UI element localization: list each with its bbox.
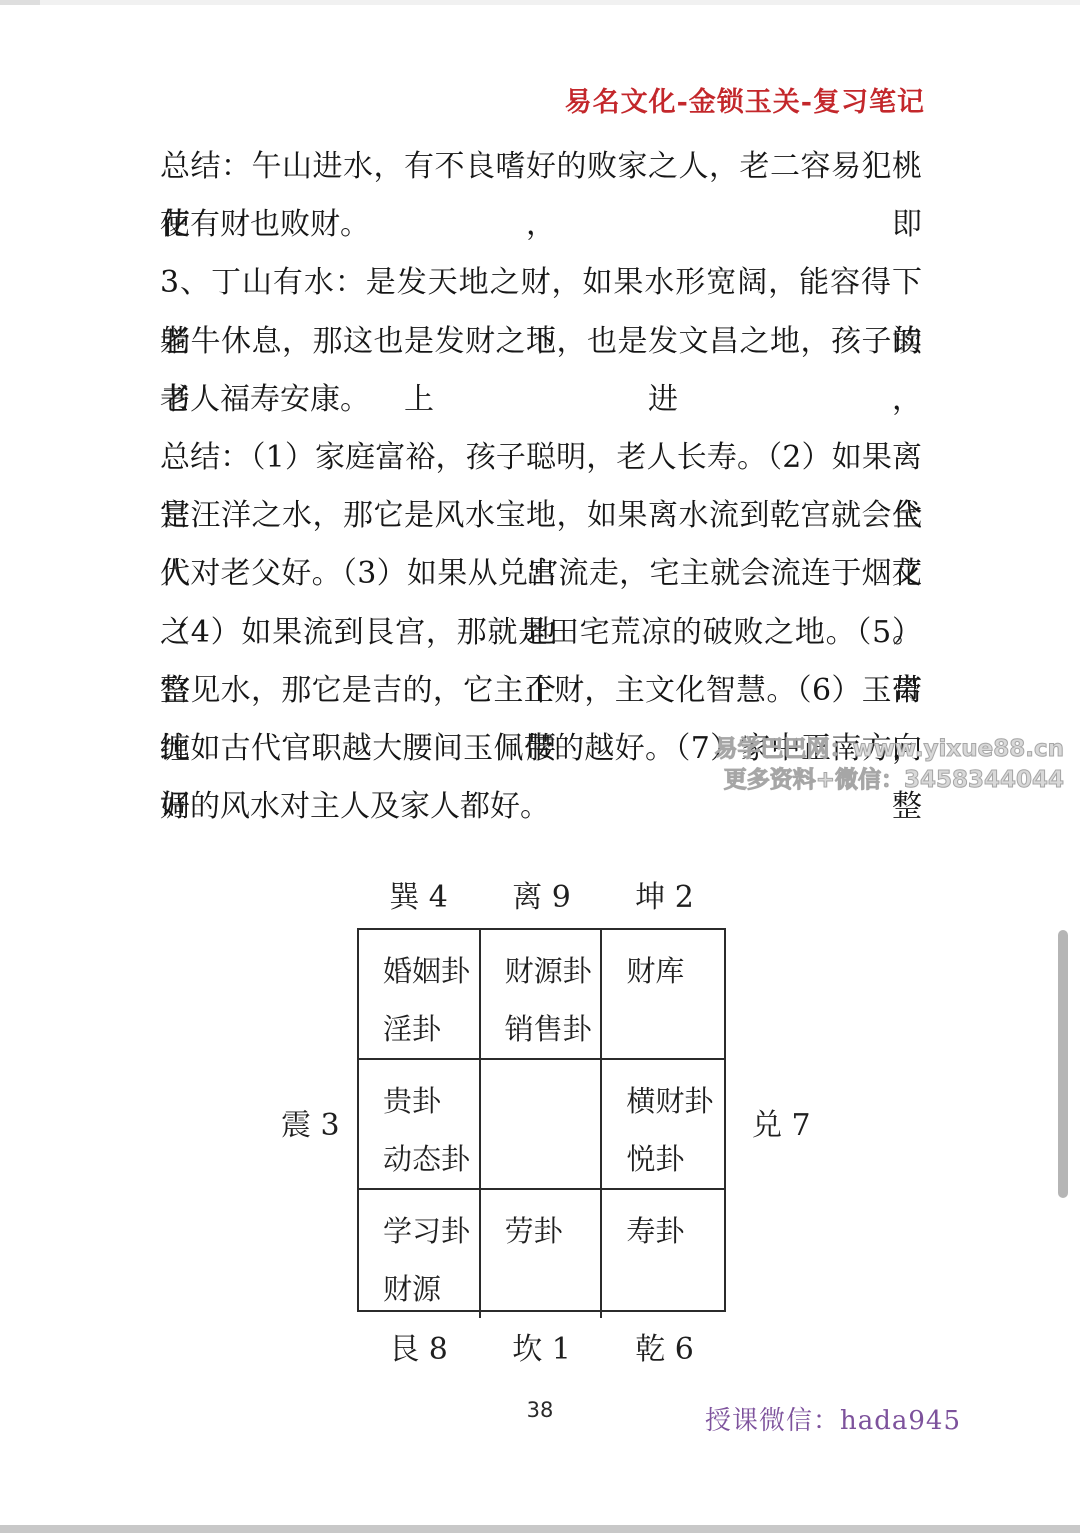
grid-cell-kan: 劳卦	[481, 1190, 603, 1318]
cell-text: 贵卦	[383, 1072, 473, 1130]
bagua-bottom-labels: 艮 8 坎 1 乾 6	[357, 1324, 726, 1368]
bagua-grid: 婚姻卦 淫卦 财源卦 销售卦 财库 贵卦 动态卦 横财卦 悦卦 学习卦 财源 劳…	[357, 928, 726, 1312]
body-line: 3、丁山有水：是发天地之财，如果水形宽阔，能容得下躺下的	[160, 254, 922, 312]
cell-text: 劳卦	[505, 1202, 595, 1260]
document-header-title: 易名文化-金锁玉关-复习笔记	[0, 80, 925, 119]
cell-text: 悦卦	[626, 1130, 718, 1188]
bagua-label-zhen3: 震 3	[281, 1100, 340, 1144]
cell-text: 寿卦	[626, 1202, 718, 1260]
watermark: 易学巴巴网：www.yixue88.cn 更多资料+微信：3458344044	[715, 734, 1064, 796]
grid-cell-zhen: 贵卦 动态卦	[359, 1060, 481, 1190]
bagua-label-gen8: 艮 8	[357, 1324, 480, 1368]
cell-text: 婚姻卦	[383, 942, 473, 1000]
bagua-label-dui7: 兑 7	[752, 1100, 811, 1144]
cell-text: 横财卦	[626, 1072, 718, 1130]
cell-text: 学习卦	[383, 1202, 473, 1260]
grid-cell-gen: 学习卦 财源	[359, 1190, 481, 1318]
body-line: 总结：（1）家庭富裕，孩子聪明，老人长寿。（2）如果离宫全	[160, 429, 922, 487]
bagua-top-labels: 巽 4 离 9 坤 2	[357, 872, 726, 916]
watermark-wechat: 更多资料+微信：3458344044	[715, 765, 1064, 796]
grid-cell-li: 财源卦 销售卦	[481, 930, 603, 1060]
grid-cell-dui: 横财卦 悦卦	[602, 1060, 724, 1190]
grid-cell-xun: 婚姻卦 淫卦	[359, 930, 481, 1060]
body-line: 宫见水，那它是吉的，它主正财，主文化智慧。（6）玉带缠腰，	[160, 662, 922, 720]
bagua-label-qian6: 乾 6	[603, 1324, 726, 1368]
top-edge-strip-left	[0, 0, 40, 5]
bottom-edge-strip	[0, 1525, 1080, 1533]
cell-text: 财源卦	[505, 942, 595, 1000]
cell-text: 动态卦	[383, 1130, 473, 1188]
bagua-label-kun2: 坤 2	[603, 872, 726, 916]
footer-contact: 授课微信：hada945	[705, 1400, 961, 1437]
top-edge-strip	[0, 0, 1080, 5]
grid-cell-qian: 寿卦	[602, 1190, 724, 1318]
bagua-label-li9: 离 9	[480, 872, 603, 916]
bagua-label-kan1: 坎 1	[480, 1324, 603, 1368]
watermark-site: 易学巴巴网：www.yixue88.cn	[715, 734, 1064, 765]
grid-cell-kun: 财库	[602, 930, 724, 1060]
body-text-block: 总结：午山进水，有不良嗜好的败家之人，老二容易犯桃花，即 使有财也败财。 3、丁…	[160, 138, 922, 836]
scrollbar-thumb[interactable]	[1058, 930, 1068, 1198]
body-line: 总结：午山进水，有不良嗜好的败家之人，老二容易犯桃花，即	[160, 138, 922, 196]
body-line: 人对老父好。（3）如果从兑宫流走，宅主就会流连于烟花之地。	[160, 545, 922, 603]
bagua-label-xun4: 巽 4	[357, 872, 480, 916]
cell-text: 销售卦	[505, 1000, 595, 1058]
cell-text: 财库	[626, 942, 718, 1000]
cell-text: 财源	[383, 1260, 473, 1318]
body-line: 老牛休息，那这也是发财之地，也是发文昌之地，孩子读书上进，	[160, 313, 922, 371]
cell-text: 淫卦	[383, 1000, 473, 1058]
body-line: （4）如果流到艮宫，那就是田宅荒凉的破败之地。（5）整个离	[160, 604, 922, 662]
body-line: 是汪洋之水，那它是风水宝地，如果离水流到乾宫就会代代出文	[160, 487, 922, 545]
grid-cell-center	[481, 1060, 603, 1190]
